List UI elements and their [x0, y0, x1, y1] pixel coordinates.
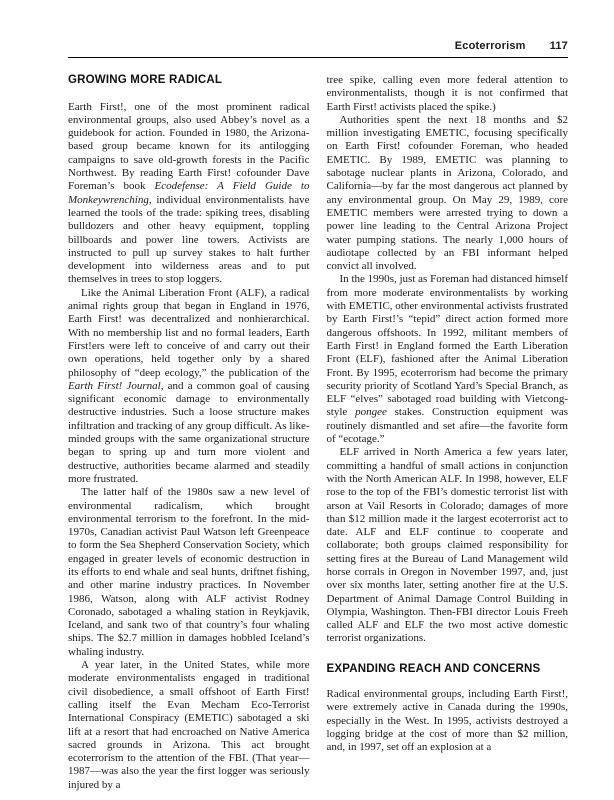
text-run: Authorities spent the next 18 months and… [327, 114, 569, 272]
text-columns: GROWING MORE RADICALEarth First!, one of… [68, 74, 568, 792]
book-page: Ecoterrorism 117 GROWING MORE RADICALEar… [0, 0, 614, 800]
text-run: , individual environmentalists have lear… [68, 194, 310, 286]
paragraph: ELF arrived in North America a few years… [327, 446, 569, 645]
text-run: In the 1990s, just as Foreman had distan… [327, 273, 569, 418]
section-heading: EXPANDING REACH AND CONCERNS [327, 663, 569, 676]
text-run: Like the Animal Liberation Front (ALF), … [68, 287, 310, 379]
text-run: Radical environmental groups, including … [327, 688, 569, 753]
page-number: 117 [550, 40, 568, 52]
text-run: A year later, in the United States, whil… [68, 659, 310, 791]
paragraph: Radical environmental groups, including … [327, 688, 569, 754]
text-run: , and a common goal of causing significa… [68, 380, 310, 485]
page-header: Ecoterrorism 117 [68, 40, 568, 52]
text-run: tree spike, calling even more federal at… [327, 74, 569, 113]
paragraph: A year later, in the United States, whil… [68, 659, 310, 792]
paragraph: Like the Animal Liberation Front (ALF), … [68, 287, 310, 486]
paragraph: Authorities spent the next 18 months and… [327, 114, 569, 274]
section-heading: GROWING MORE RADICAL [68, 74, 310, 87]
paragraph: tree spike, calling even more federal at… [327, 74, 569, 114]
right-column: tree spike, calling even more federal at… [327, 74, 569, 792]
text-run: ELF arrived in North America a few years… [327, 446, 569, 644]
running-head: Ecoterrorism [455, 40, 526, 52]
paragraph: In the 1990s, just as Foreman had distan… [327, 273, 569, 446]
header-rule [68, 57, 568, 58]
italic-text: Earth First! Journal [68, 380, 161, 392]
text-run: Earth First!, one of the most prominent … [68, 101, 310, 193]
paragraph: The latter half of the 1980s saw a new l… [68, 486, 310, 659]
text-run: The latter half of the 1980s saw a new l… [68, 486, 310, 658]
paragraph: Earth First!, one of the most prominent … [68, 101, 310, 287]
italic-text: pongee [355, 406, 387, 418]
left-column: GROWING MORE RADICALEarth First!, one of… [68, 74, 310, 792]
